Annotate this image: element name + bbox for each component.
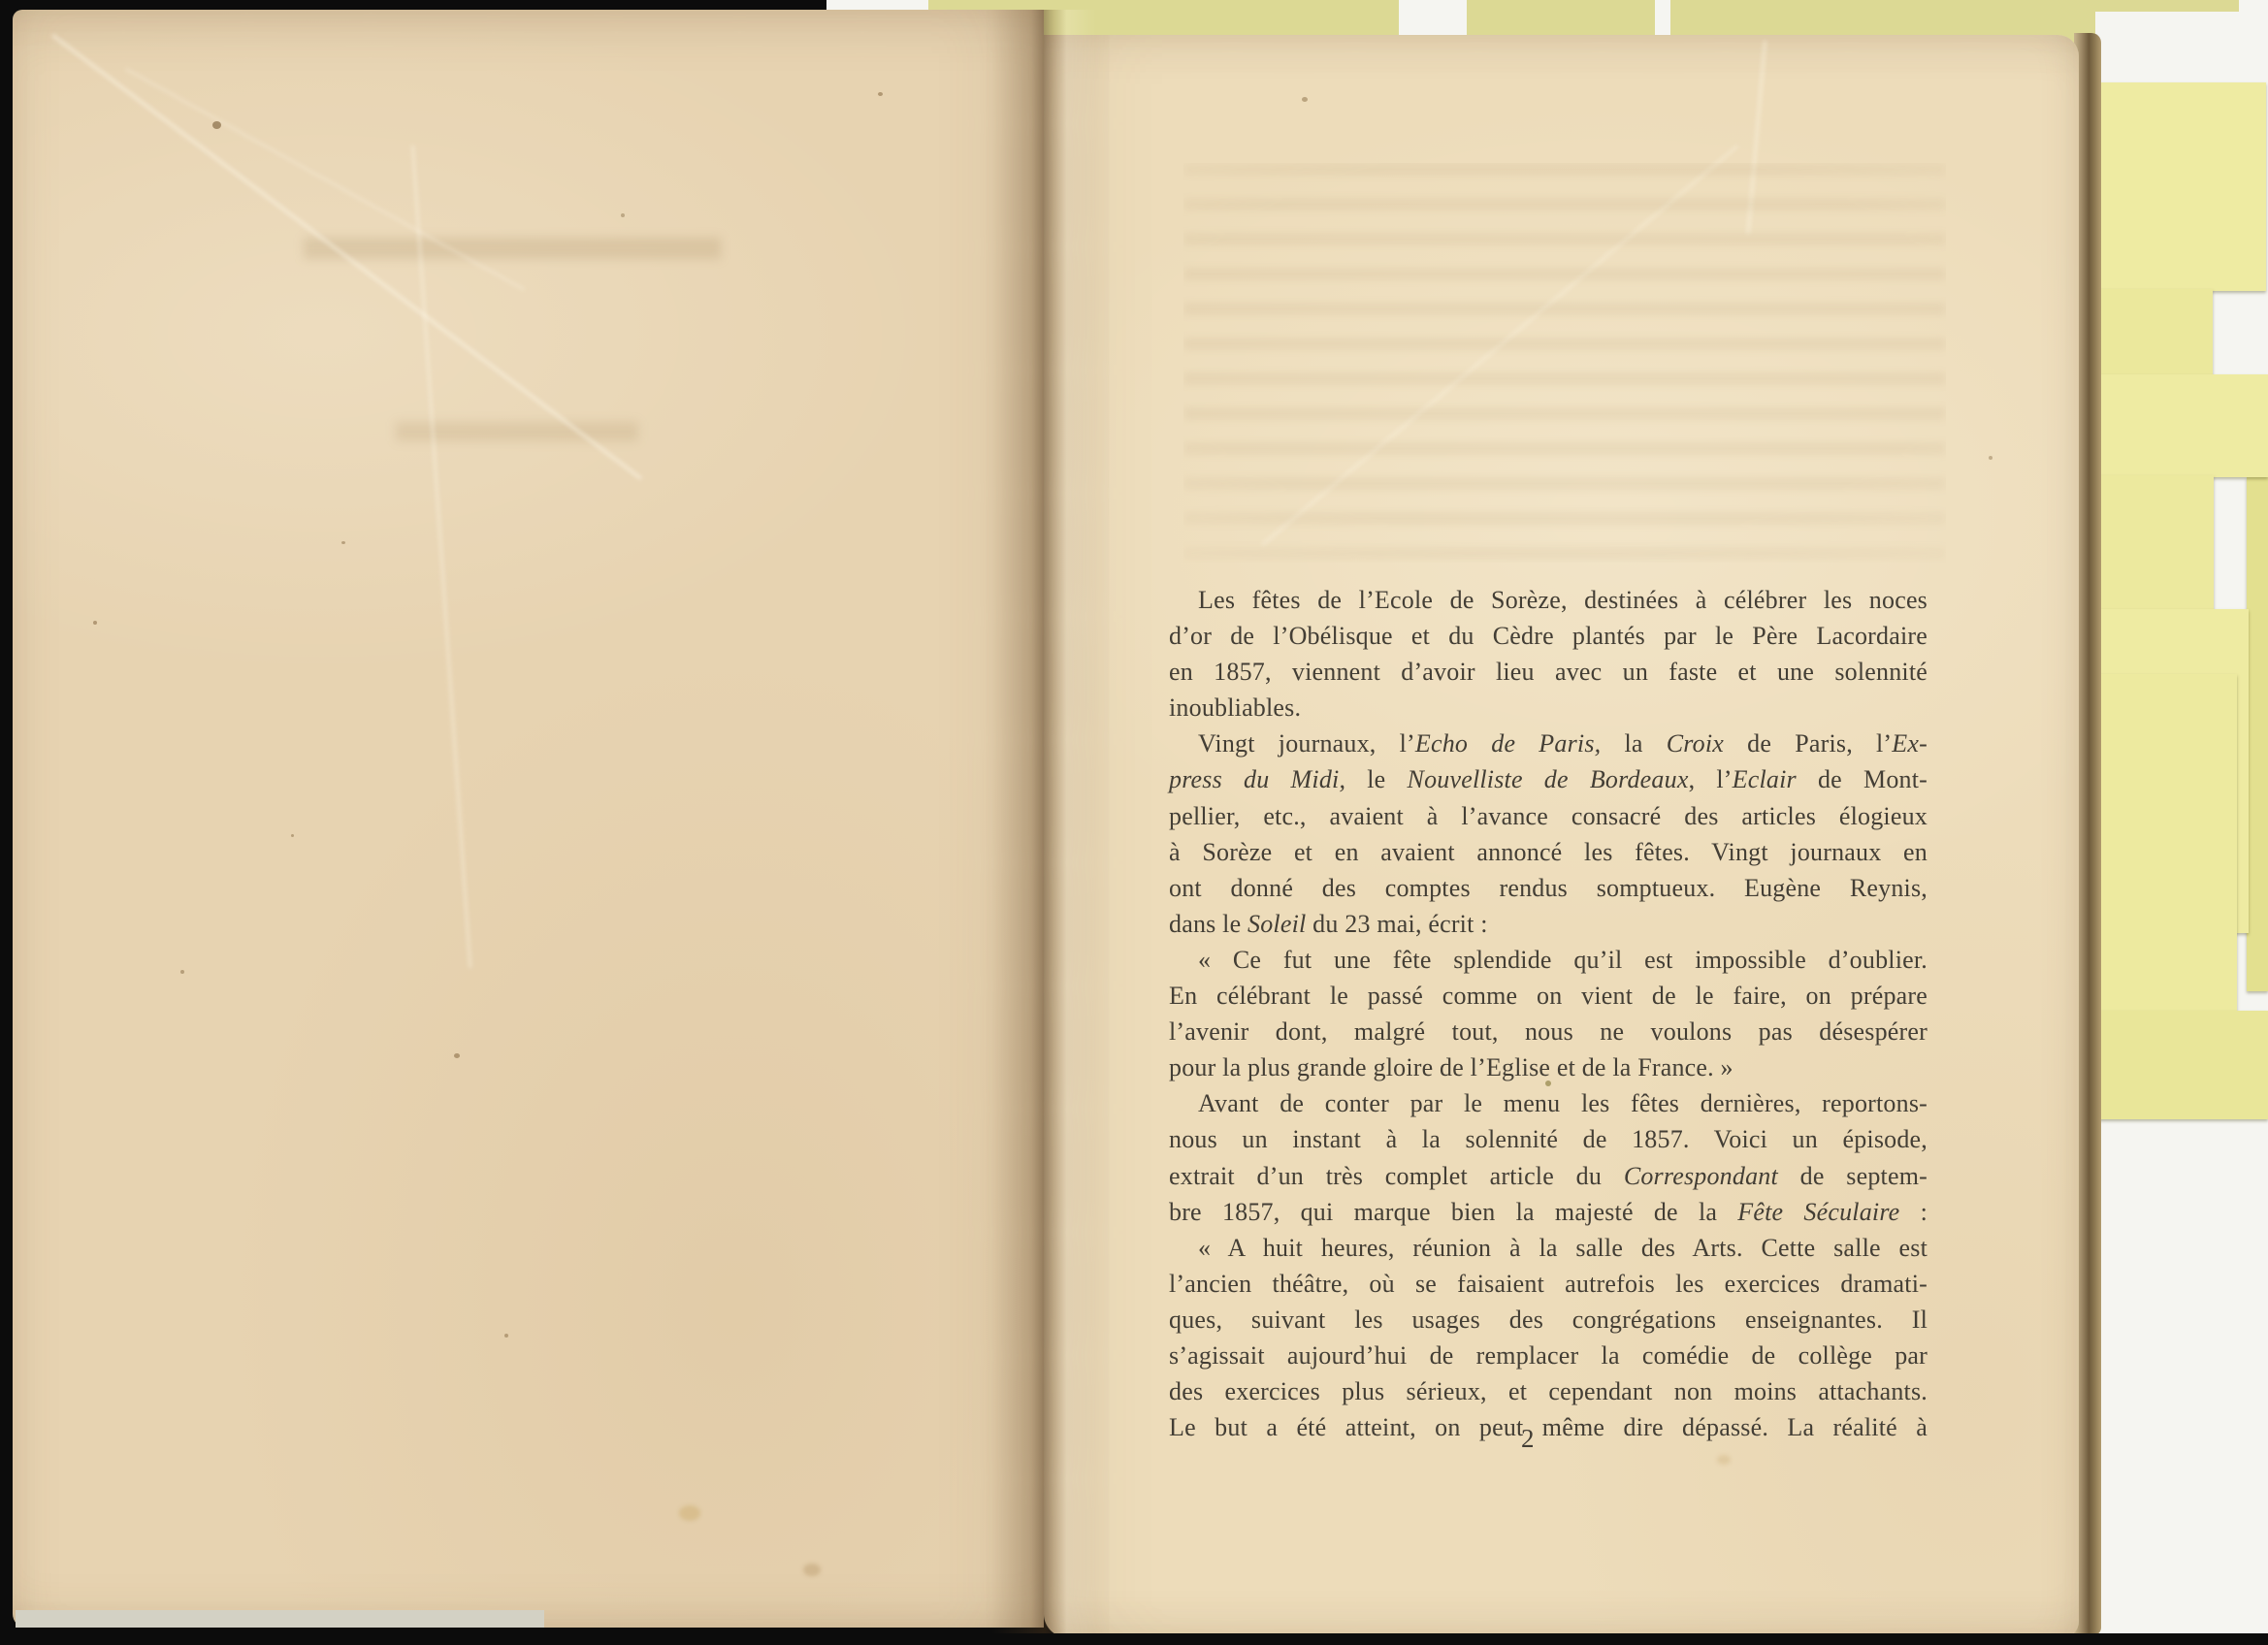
text-line: extrait d’un très complet article du Cor… — [1169, 1158, 1928, 1194]
text: dans le — [1169, 910, 1247, 938]
text-line: Vingt journaux, l’Echo de Paris, la Croi… — [1169, 726, 1928, 761]
text: : — [1899, 1198, 1928, 1226]
text: « Ce fut une fête splendide qu’il est im… — [1198, 946, 1928, 974]
text-line: en 1857, viennent d’avoir lieu avec un f… — [1169, 654, 1928, 690]
text: l’avenir dont, malgré tout, nous ne voul… — [1169, 1017, 1928, 1046]
text: en 1857, viennent d’avoir lieu avec un f… — [1169, 658, 1928, 686]
italic-text: Soleil — [1247, 910, 1306, 938]
text-line: En célébrant le passé comme on vient de … — [1169, 978, 1928, 1014]
book-scan: Les fêtes de l’Ecole de Sorèze, destinée… — [0, 0, 2268, 1645]
text: de Mont- — [1797, 765, 1928, 793]
text: le — [1345, 765, 1407, 793]
text: l’ancien théâtre, où se faisaient autref… — [1169, 1270, 1928, 1298]
stain-speck — [454, 1053, 460, 1058]
text-line: Avant de conter par le menu les fêtes de… — [1169, 1085, 1928, 1121]
text: nous un instant à la solennité de 1857. … — [1169, 1125, 1928, 1153]
text-line: pour la plus grande gloire de l’Eglise e… — [1169, 1049, 1928, 1085]
italic-text: Croix — [1667, 729, 1724, 758]
sticky-tab — [2098, 289, 2213, 376]
text-line: pellier, etc., avaient à l’avance consac… — [1169, 798, 1928, 834]
italic-text: Ex- — [1892, 729, 1928, 758]
stain-speck — [1302, 97, 1308, 102]
text-line: à Sorèze et en avaient annoncé les fêtes… — [1169, 834, 1928, 870]
text: Avant de conter par le menu les fêtes de… — [1198, 1089, 1928, 1117]
stain-speck — [93, 621, 97, 625]
text: pellier, etc., avaient à l’avance consac… — [1169, 802, 1928, 830]
text: extrait d’un très complet article du — [1169, 1162, 1624, 1190]
text: à Sorèze et en avaient annoncé les fêtes… — [1169, 838, 1928, 866]
text-line: Les fêtes de l’Ecole de Sorèze, destinée… — [1169, 582, 1928, 618]
text: bre 1857, qui marque bien la majesté de … — [1169, 1198, 1737, 1226]
sticky-tab — [2086, 1011, 2268, 1119]
showthrough-text — [304, 238, 721, 259]
text: du 23 mai, écrit : — [1306, 910, 1487, 938]
cover-edge — [16, 1610, 544, 1628]
italic-text: Fête Séculaire — [1737, 1198, 1899, 1226]
stain — [1717, 1455, 1731, 1465]
text-line: nous un instant à la solennité de 1857. … — [1169, 1121, 1928, 1157]
showthrough-text — [1183, 163, 1946, 563]
text-line: l’avenir dont, malgré tout, nous ne voul… — [1169, 1014, 1928, 1049]
sticky-tab — [2097, 374, 2268, 477]
text-line: ques, suivant les usages des congrégatio… — [1169, 1302, 1928, 1338]
text-line: « A huit heures, réunion à la salle des … — [1169, 1230, 1928, 1266]
text-line: des exercices plus sérieux, et cependant… — [1169, 1373, 1928, 1409]
sticky-tab-edge-strip — [2247, 477, 2268, 991]
text: , l’ — [1689, 765, 1733, 793]
italic-text: Eclair — [1733, 765, 1797, 793]
text: Les fêtes de l’Ecole de Sorèze, destinée… — [1198, 586, 1928, 614]
stain-speck — [504, 1334, 508, 1338]
left-page — [13, 10, 1044, 1628]
text-line: ont donné des comptes rendus somptueux. … — [1169, 870, 1928, 906]
italic-text: Echo de Paris, — [1415, 729, 1601, 758]
italic-text: Correspondant — [1624, 1162, 1778, 1190]
sticky-tab — [2100, 82, 2266, 291]
text: de Paris, l’ — [1724, 729, 1892, 758]
text: inoubliables. — [1169, 693, 1301, 722]
stain-speck — [621, 213, 625, 217]
text-line: dans le Soleil du 23 mai, écrit : — [1169, 906, 1928, 942]
text: ques, suivant les usages des congrégatio… — [1169, 1306, 1928, 1334]
text: s’agissait aujourd’hui de remplacer la c… — [1169, 1341, 1928, 1370]
scan-border-top — [0, 0, 826, 10]
stain-speck — [1989, 456, 1993, 460]
text: ont donné des comptes rendus somptueux. … — [1169, 874, 1928, 902]
text: pour la plus grande gloire de l’Eglise e… — [1169, 1053, 1733, 1081]
text-line: d’or de l’Obélisque et du Cèdre plantés … — [1169, 618, 1928, 654]
stain-speck — [878, 92, 883, 96]
stain — [803, 1564, 821, 1576]
sticky-tab-top-right — [2095, 0, 2239, 12]
text-line: bre 1857, qui marque bien la majesté de … — [1169, 1194, 1928, 1230]
text-block: Les fêtes de l’Ecole de Sorèze, destinée… — [1169, 582, 1928, 1445]
stain-speck — [291, 834, 294, 837]
italic-text: press du Midi, — [1169, 765, 1345, 793]
text-line: s’agissait aujourd’hui de remplacer la c… — [1169, 1338, 1928, 1373]
text: Le but a été atteint, on peut même dire … — [1169, 1413, 1928, 1441]
text-line: « Ce fut une fête splendide qu’il est im… — [1169, 942, 1928, 978]
stain-speck — [180, 970, 184, 974]
text: « A huit heures, réunion à la salle des … — [1198, 1234, 1928, 1262]
text: d’or de l’Obélisque et du Cèdre plantés … — [1169, 622, 1928, 650]
text-line: inoubliables. — [1169, 690, 1928, 726]
text-line: Le but a été atteint, on peut même dire … — [1169, 1409, 1928, 1445]
sticky-tab — [2084, 674, 2237, 1014]
scan-border-bottom — [0, 1633, 2268, 1645]
italic-text: Nouvelliste de Bordeaux — [1408, 765, 1689, 793]
sticky-tab — [2096, 475, 2214, 611]
text: de septem- — [1778, 1162, 1928, 1190]
stain-speck — [212, 121, 221, 129]
page-number: 2 — [1521, 1424, 1535, 1454]
text: En célébrant le passé comme on vient de … — [1169, 982, 1928, 1010]
text-line: l’ancien théâtre, où se faisaient autref… — [1169, 1266, 1928, 1302]
text: des exercices plus sérieux, et cependant… — [1169, 1377, 1928, 1405]
text-line: press du Midi, le Nouvelliste de Bordeau… — [1169, 761, 1928, 797]
text: la — [1601, 729, 1666, 758]
text: Vingt journaux, l’ — [1198, 729, 1415, 758]
stain — [679, 1505, 700, 1521]
scan-border-left — [0, 0, 13, 1645]
stain-speck — [341, 541, 345, 544]
